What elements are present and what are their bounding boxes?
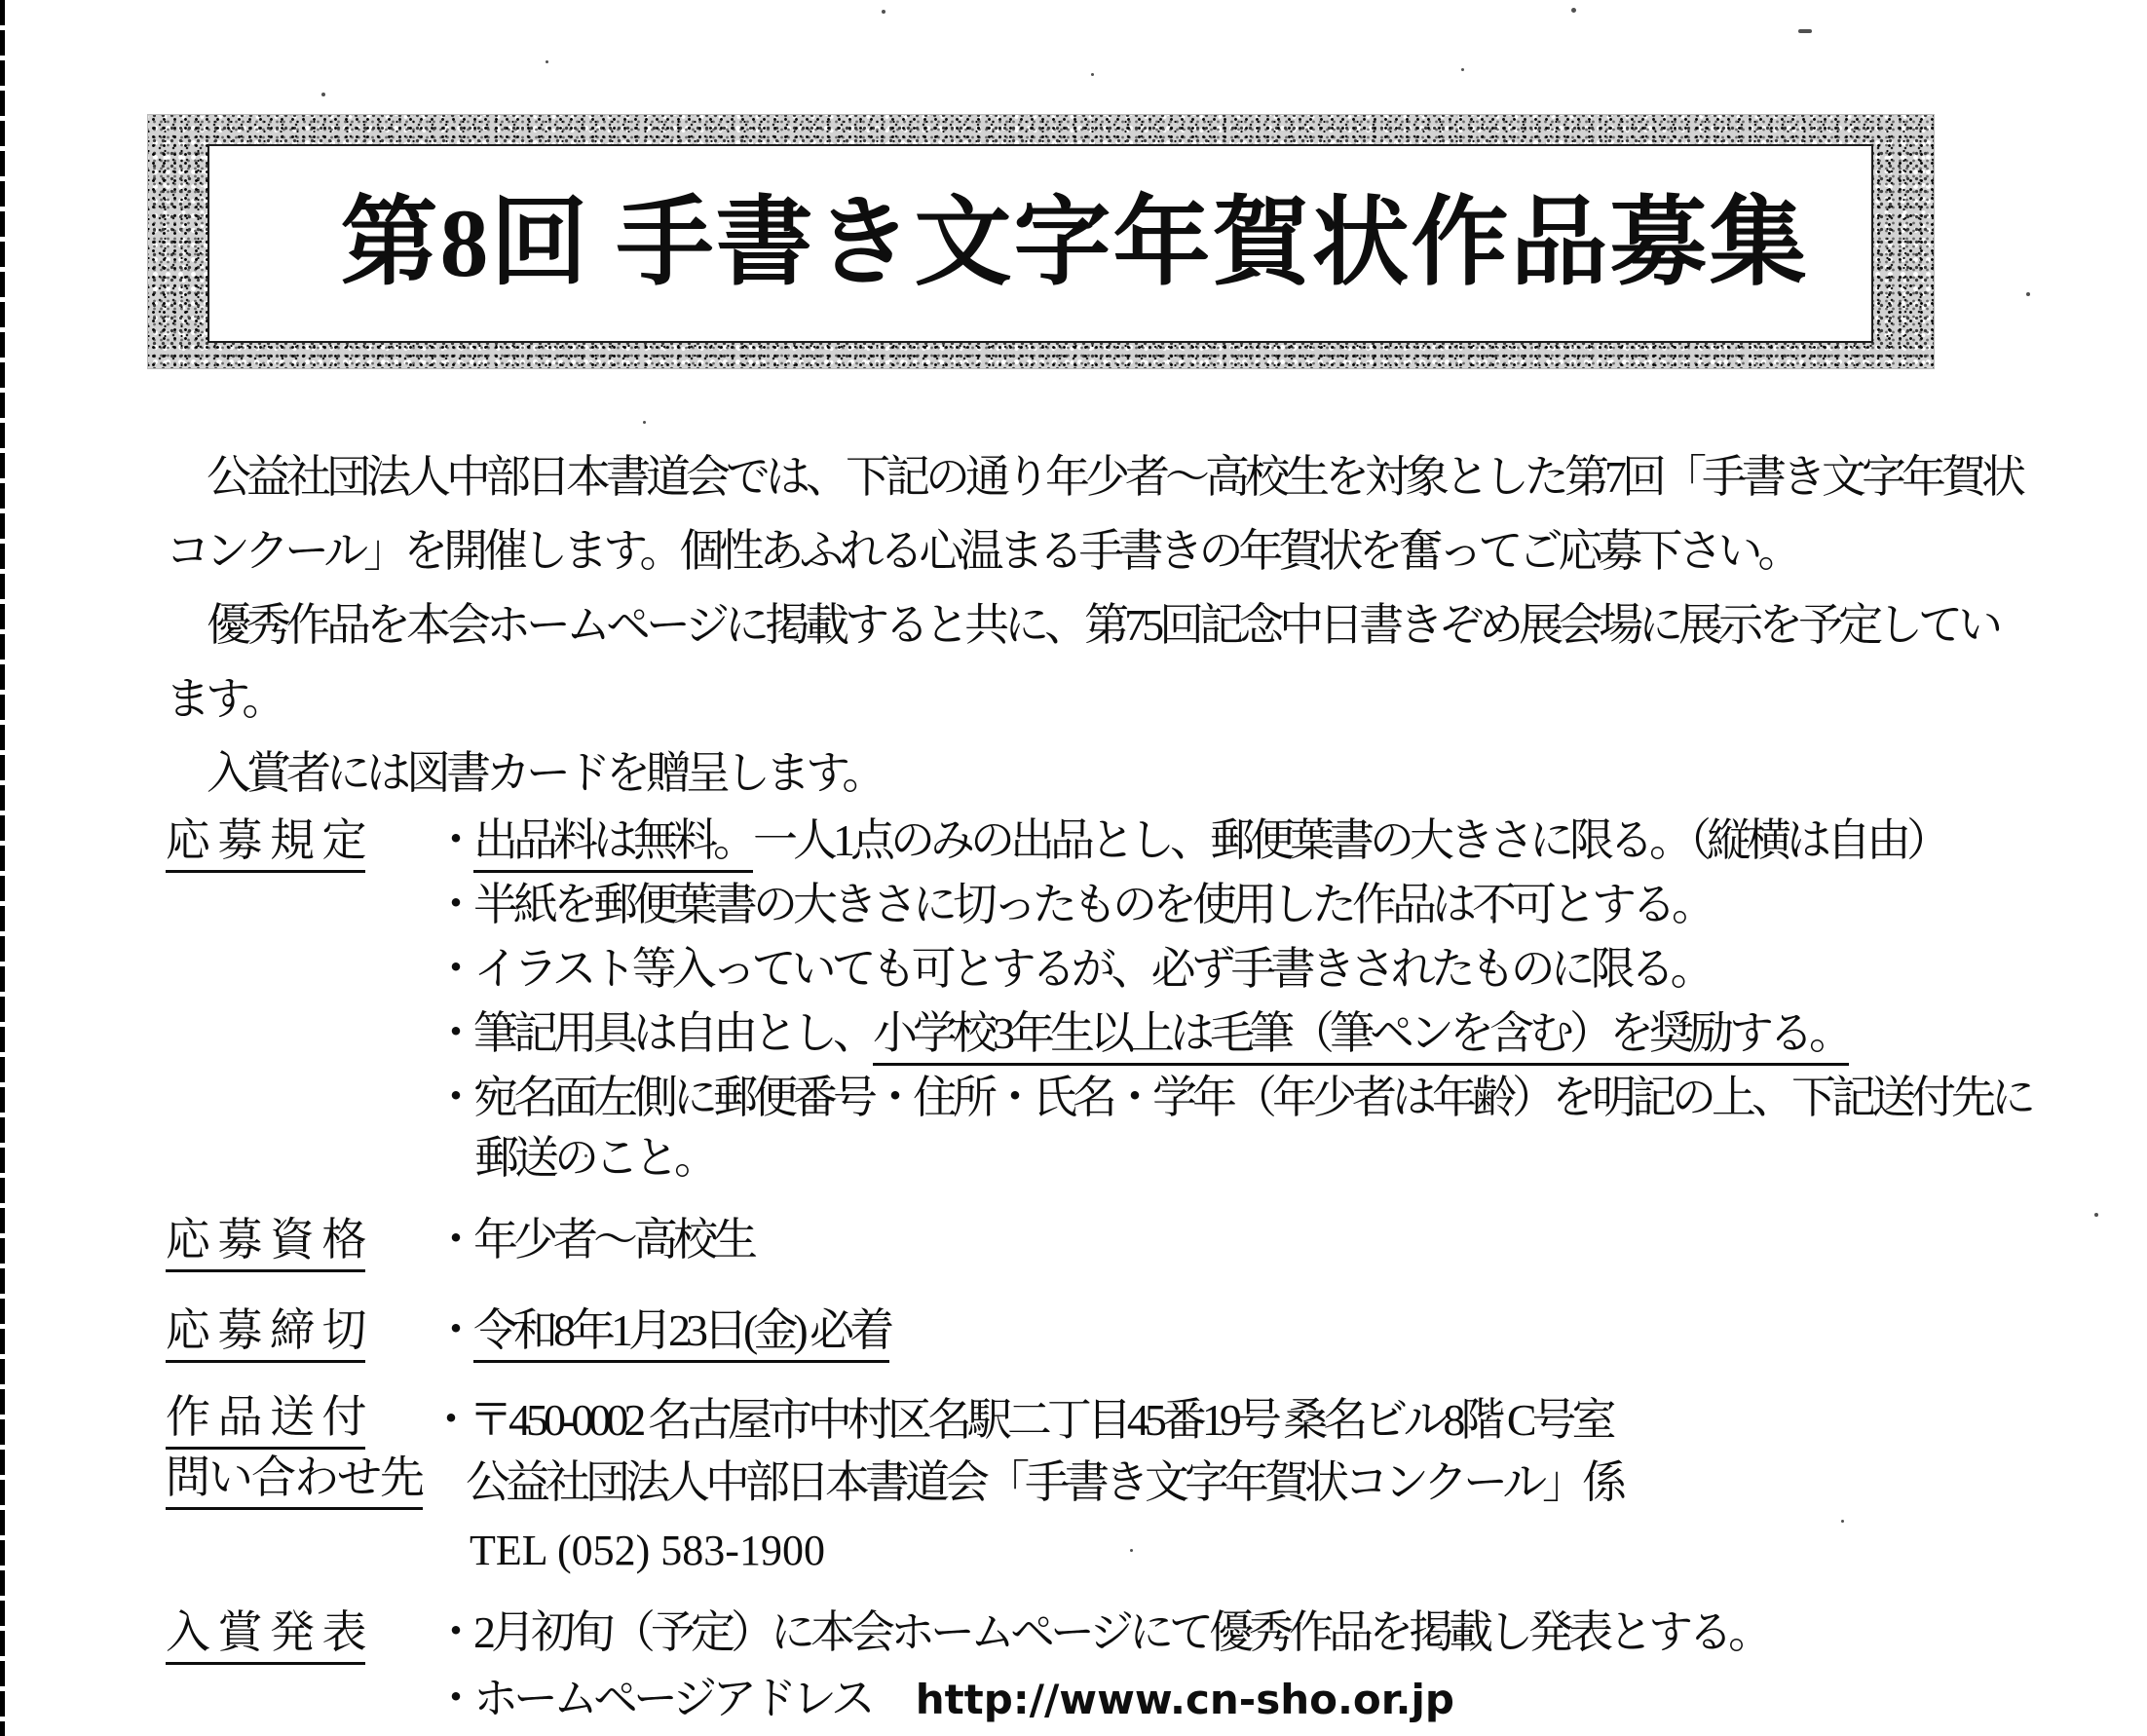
- scan-speckle: [1571, 8, 1576, 13]
- deadline-bullet: ・: [433, 1305, 473, 1355]
- rules-item-4: ・筆記用具は自由とし、小学校3年生以上は毛筆（筆ペンを含む）を奨励する。: [433, 1002, 1849, 1065]
- scan-speckle: [1461, 68, 1464, 71]
- rules-item-2: ・半紙を郵便葉書の大きさに切ったものを使用した作品は不可とする。: [433, 874, 1712, 936]
- submission-address: ・〒450-0002 名古屋市中村区名駅二丁目45番19号 桑名ビル8階 C号室: [429, 1389, 1612, 1452]
- rules-item-4-pre: ・筆記用具は自由とし、: [433, 1008, 873, 1058]
- rules-item-3: ・イラスト等入っていても可とするが、必ず手書きされたものに限る。: [433, 938, 1711, 1000]
- banner-title-box: 第8回 手書き文字年賀状作品募集: [207, 144, 1873, 343]
- scan-speckle: [1130, 1549, 1133, 1552]
- scan-speckle: [2026, 292, 2030, 296]
- section-deadline-label-text: 応 募 締 切: [166, 1305, 365, 1363]
- scan-speckle: [2094, 1213, 2098, 1217]
- intro-line-3: 優秀作品を本会ホームページに掲載すると共に、第75回記念中日書きぞめ展会場に展示…: [207, 594, 1998, 657]
- banner-frame: 第8回 手書き文字年賀状作品募集: [148, 115, 1934, 368]
- section-eligibility-label-text: 応 募 資 格: [166, 1215, 365, 1272]
- scan-speckle: [643, 421, 646, 424]
- section-submission-label-2-text: 問い合わせ先: [166, 1453, 423, 1510]
- intro-line-4: ます。: [166, 668, 282, 731]
- scanned-document-page: 第8回 手書き文字年賀状作品募集 公益社団法人中部日本書道会では、下記の通り年少…: [0, 0, 2147, 1736]
- scan-speckle: [882, 10, 885, 14]
- rules-item-4-underlined: 小学校3年生以上は毛筆（筆ペンを含む）を奨励する。: [873, 1008, 1849, 1066]
- announcement-item-1: ・2月初旬（予定）に本会ホームページにて優秀作品を掲載し発表とする。: [433, 1602, 1768, 1664]
- submission-tel: TEL (052) 583-1900: [470, 1520, 825, 1582]
- intro-line-1: 公益社団法人中部日本書道会では、下記の通り年少者～高校生を対象とした第7回「手書…: [207, 446, 2021, 509]
- homepage-url: http://www.cn-sho.or.jp: [916, 1676, 1454, 1723]
- deadline-item: ・令和8年1月23日(金) 必着: [433, 1300, 889, 1362]
- scan-edge-artifact: [0, 0, 5, 1736]
- announcement-item-2: ・ホームページアドレスhttp://www.cn-sho.or.jp: [433, 1668, 1454, 1731]
- scan-speckle: [1490, 916, 1494, 920]
- page-title: 第8回 手書き文字年賀状作品募集: [209, 146, 1871, 341]
- section-announcement-label: 入 賞 発 表: [166, 1602, 365, 1664]
- rules-item-5: ・宛名面左側に郵便番号・住所・氏名・学年（年少者は年齢）を明記の上、下記送付先に: [433, 1067, 2031, 1129]
- scan-speckle: [1798, 29, 1812, 33]
- section-rules-label-text: 応 募 規 定: [166, 815, 365, 873]
- section-deadline-label: 応 募 締 切: [166, 1300, 365, 1362]
- deadline-underlined: 令和8年1月23日(金) 必着: [473, 1305, 889, 1363]
- section-submission-label-2: 問い合わせ先: [166, 1447, 423, 1509]
- announcement-item-2-label: ・ホームページアドレス: [433, 1674, 871, 1723]
- intro-line-2: コンクール」を開催します。個性あふれる心温まる手書きの年賀状を奮ってご応募下さい…: [166, 520, 1797, 583]
- section-submission-label-1: 作 品 送 付: [166, 1386, 365, 1449]
- rules-item-1: ・出品料は無料。一人1点のみの出品とし、郵便葉書の大きさに限る。（縦横は自由）: [433, 810, 1946, 872]
- rules-item-1-underlined: 出品料は無料。: [473, 815, 753, 873]
- intro-line-5: 入賞者には図書カードを贈呈します。: [207, 742, 882, 805]
- section-eligibility-label: 応 募 資 格: [166, 1209, 365, 1271]
- rules-item-1-rest: 一人1点のみの出品とし、郵便葉書の大きさに限る。（縦横は自由）: [753, 815, 1946, 865]
- rules-item-1-bullet: ・: [433, 815, 473, 865]
- scan-speckle: [321, 93, 325, 96]
- eligibility-item: ・年少者～高校生: [433, 1209, 753, 1271]
- scan-speckle: [1841, 1520, 1844, 1523]
- section-submission-label-1-text: 作 品 送 付: [166, 1392, 365, 1450]
- scan-speckle: [584, 1154, 587, 1157]
- rules-item-5-continuation: 郵送のこと。: [474, 1127, 714, 1189]
- section-announcement-label-text: 入 賞 発 表: [166, 1607, 365, 1665]
- scan-speckle: [1091, 73, 1094, 76]
- scan-speckle: [546, 60, 548, 63]
- submission-org: 公益社団法人中部日本書道会「手書き文字年賀状コンクール」係: [466, 1452, 1622, 1514]
- section-rules-label: 応 募 規 定: [166, 810, 365, 872]
